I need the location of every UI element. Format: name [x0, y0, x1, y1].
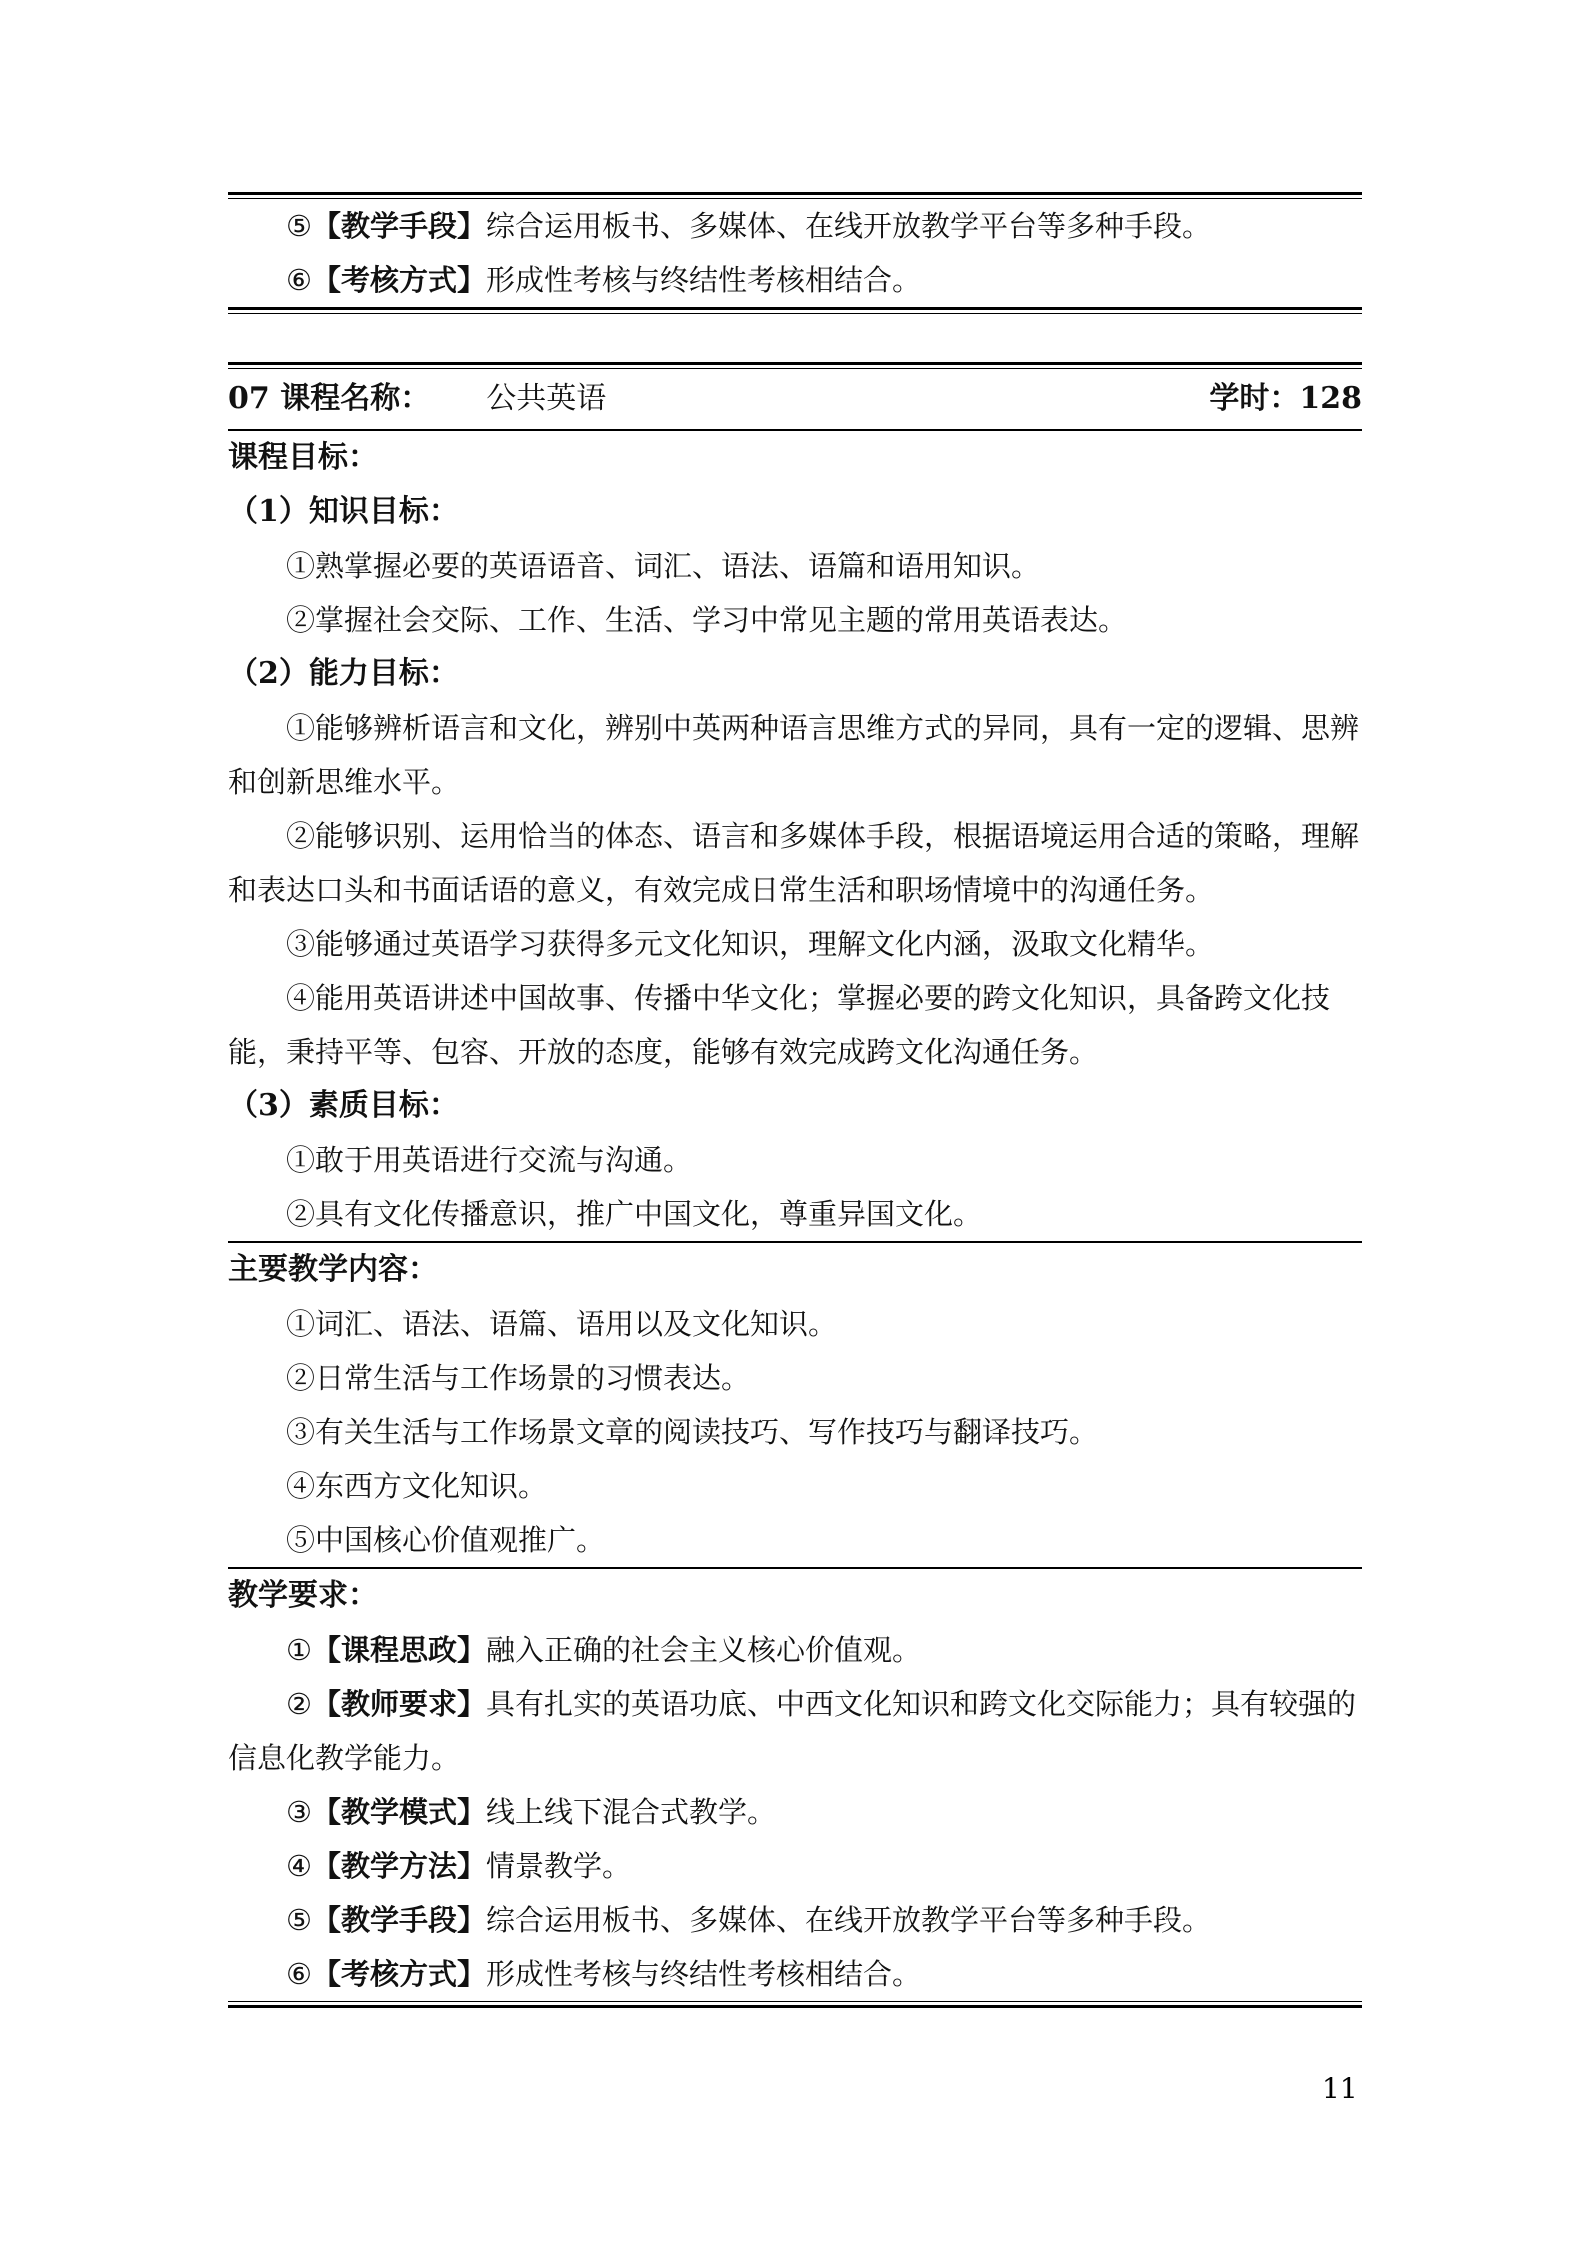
section-divider-double-bottom — [228, 2001, 1362, 2008]
course-name-group: 07 课程名称：公共英语 — [228, 369, 606, 429]
requirement-item: ②【教师要求】具有扎实的英语功底、中西文化知识和跨文化交际能力；具有较强的信息化… — [228, 1677, 1362, 1785]
item-text: 融入正确的社会主义核心价值观。 — [486, 1633, 921, 1667]
item-text: 综合运用板书、多媒体、在线开放教学平台等多种手段。 — [486, 1903, 1211, 1937]
objective-item: ②具有文化传播意识，推广中国文化，尊重异国文化。 — [228, 1187, 1362, 1241]
item-text: 形成性考核与终结性考核相结合。 — [486, 1957, 921, 1991]
item-number: ① — [286, 1633, 312, 1667]
item-label: 【教师要求】 — [312, 1687, 486, 1721]
teaching-content-title: 主要教学内容： — [228, 1243, 1362, 1297]
requirement-item: ⑤【教学手段】综合运用板书、多媒体、在线开放教学平台等多种手段。 — [228, 1893, 1362, 1947]
item-label: 【教学手段】 — [312, 209, 486, 243]
course-code-label: 07 课程名称： — [228, 381, 430, 416]
item-label: 【考核方式】 — [312, 1957, 486, 1991]
objectives-group-heading: （2）能力目标： — [228, 647, 1362, 701]
hours-label: 学时： — [1209, 381, 1299, 416]
objective-item: ②能够识别、运用恰当的体态、语言和多媒体手段，根据语境运用合适的策略，理解和表达… — [228, 809, 1362, 917]
item-number: ⑤ — [286, 209, 312, 243]
objective-item: ①熟掌握必要的英语语音、词汇、语法、语篇和语用知识。 — [228, 539, 1362, 593]
teaching-content-item: ④东西方文化知识。 — [228, 1459, 1362, 1513]
item-label: 【教学方法】 — [312, 1849, 486, 1883]
section-divider-double-end-prev — [228, 307, 1362, 314]
item-text: 情景教学。 — [486, 1849, 631, 1883]
objective-item: ④能用英语讲述中国故事、传播中华文化；掌握必要的跨文化知识，具备跨文化技能，秉持… — [228, 971, 1362, 1079]
objective-item: ①敢于用英语进行交流与沟通。 — [228, 1133, 1362, 1187]
requirement-item: ①【课程思政】融入正确的社会主义核心价值观。 — [228, 1623, 1362, 1677]
page-number: 11 — [1322, 2072, 1358, 2106]
teaching-content-item: ①词汇、语法、语篇、语用以及文化知识。 — [228, 1297, 1362, 1351]
item-number: ④ — [286, 1849, 312, 1883]
prev-course-item: ⑤【教学手段】综合运用板书、多媒体、在线开放教学平台等多种手段。 — [228, 199, 1362, 253]
item-label: 【教学模式】 — [312, 1795, 486, 1829]
item-number: ③ — [286, 1795, 312, 1829]
item-label: 【教学手段】 — [312, 1903, 486, 1937]
teaching-content-item: ③有关生活与工作场景文章的阅读技巧、写作技巧与翻译技巧。 — [228, 1405, 1362, 1459]
teaching-content-item: ⑤中国核心价值观推广。 — [228, 1513, 1362, 1567]
objectives-group-heading: （1）知识目标： — [228, 485, 1362, 539]
requirement-item: ⑥【考核方式】形成性考核与终结性考核相结合。 — [228, 1947, 1362, 2001]
item-text: 线上线下混合式教学。 — [486, 1795, 776, 1829]
section-gap — [228, 314, 1362, 362]
hours-value: 128 — [1299, 381, 1362, 416]
objectives-group-heading: （3）素质目标： — [228, 1079, 1362, 1133]
item-label: 【考核方式】 — [312, 263, 486, 297]
course-hours: 学时：128 — [1209, 369, 1362, 429]
item-text: 综合运用板书、多媒体、在线开放教学平台等多种手段。 — [486, 209, 1211, 243]
section-divider-double-start — [228, 362, 1362, 369]
course-name: 公共英语 — [486, 381, 606, 416]
section-divider-double-top — [228, 192, 1362, 199]
page-content: ⑤【教学手段】综合运用板书、多媒体、在线开放教学平台等多种手段。 ⑥【考核方式】… — [228, 192, 1362, 2008]
course-header-row: 07 课程名称：公共英语 学时：128 — [228, 369, 1362, 429]
objective-item: ③能够通过英语学习获得多元文化知识，理解文化内涵，汲取文化精华。 — [228, 917, 1362, 971]
objective-item: ①能够辨析语言和文化，辨别中英两种语言思维方式的异同，具有一定的逻辑、思辨和创新… — [228, 701, 1362, 809]
item-number: ⑥ — [286, 1957, 312, 1991]
item-number: ② — [286, 1687, 312, 1721]
document-page: ⑤【教学手段】综合运用板书、多媒体、在线开放教学平台等多种手段。 ⑥【考核方式】… — [0, 0, 1587, 2245]
objective-item: ②掌握社会交际、工作、生活、学习中常见主题的常用英语表达。 — [228, 593, 1362, 647]
requirement-item: ③【教学模式】线上线下混合式教学。 — [228, 1785, 1362, 1839]
item-text: 形成性考核与终结性考核相结合。 — [486, 263, 921, 297]
objectives-title: 课程目标： — [228, 431, 1362, 485]
teaching-requirements-title: 教学要求： — [228, 1569, 1362, 1623]
requirement-item: ④【教学方法】情景教学。 — [228, 1839, 1362, 1893]
item-number: ⑥ — [286, 263, 312, 297]
item-number: ⑤ — [286, 1903, 312, 1937]
teaching-content-item: ②日常生活与工作场景的习惯表达。 — [228, 1351, 1362, 1405]
item-label: 【课程思政】 — [312, 1633, 486, 1667]
prev-course-item: ⑥【考核方式】形成性考核与终结性考核相结合。 — [228, 253, 1362, 307]
